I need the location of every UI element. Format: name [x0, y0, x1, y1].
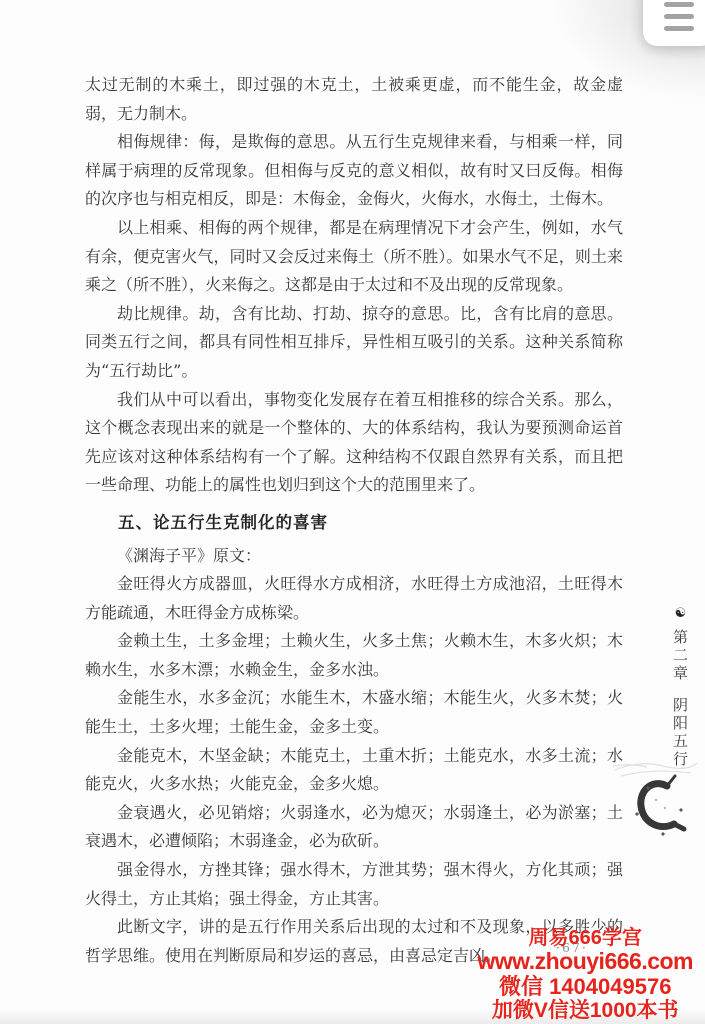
watermark-promo: 加微V信送1000本书 [477, 999, 693, 1023]
watermark-wechat: 微信 1404049576 [477, 975, 693, 1000]
paragraph: 劫比规律。劫，含有比劫、打劫、掠夺的意思。比，含有比肩的意思。同类五行之间，都具… [85, 300, 623, 386]
paragraph: 金旺得火方成器皿，火旺得水方成相济，水旺得土方成池沼，土旺得木方能疏通，木旺得金… [85, 570, 623, 627]
menu-button[interactable] [643, 0, 705, 46]
paragraph: 金衰遇火，必见销熔；火弱逢水，必为熄灭；水弱逢土，必为淤塞；土衰遇木，必遭倾陷；… [85, 799, 623, 856]
paragraph: 金能生水，水多金沉；水能生木，木盛水缩；木能生火，火多木焚；火能生土，土多火埋；… [85, 684, 623, 741]
section-heading: 五、论五行生克制化的喜害 [85, 509, 623, 538]
taiji-yinyang-icon: ☯ [673, 606, 688, 621]
paragraph: 强金得水，方挫其锋；强水得木，方泄其势；强木得火，方化其顽；强火得土，方止其焰；… [85, 856, 623, 913]
chapter-title: 阴阳五行 [671, 697, 689, 769]
paragraph: 相侮规律：侮，是欺侮的意思。从五行生克规律来看，与相乘一样，同样属于病理的反常现… [85, 128, 623, 214]
watermark-site-name: 周易666学宫 [477, 927, 693, 949]
paragraph: 太过无制的木乘土，即过强的木克土，土被乘更虚，而不能生金，故金虚弱，无力制木。 [85, 71, 623, 128]
paragraph: 以上相乘、相侮的两个规律，都是在病理情况下才会产生，例如，水气有余，便克害火气，… [85, 214, 623, 300]
paragraph: 金能克木，木坚金缺；木能克土，土重木折；土能克水，水多土流；水能克火，火多水热；… [85, 742, 623, 799]
hamburger-menu-icon [664, 14, 694, 19]
hamburger-menu-icon [664, 26, 694, 31]
watermark-url: www.zhouyi666.com [477, 949, 693, 975]
chapter-sidebar: ☯第二章阴阳五行 [672, 606, 689, 769]
page-text-column: 太过无制的木乘土，即过强的木克土，土被乘更虚，而不能生金，故金虚弱，无力制木。 … [85, 71, 623, 970]
paragraph: 我们从中可以看出，事物变化发展存在着互相推移的综合关系。那么，这个概念表现出来的… [85, 386, 623, 500]
paragraph: 《渊海子平》原文： [85, 542, 623, 571]
scanned-book-page: 太过无制的木乘土，即过强的木克土，土被乘更虚，而不能生金，故金虚弱，无力制木。 … [0, 0, 705, 1024]
chapter-number: 第二章 [671, 629, 689, 683]
paragraph: 金赖土生，土多金埋；土赖火生，火多土焦；火赖木生，木多火炽；木赖水生，水多木漂；… [85, 627, 623, 684]
watermark: 周易666学宫 www.zhouyi666.com 微信 1404049576 … [477, 927, 693, 1023]
hamburger-menu-icon [664, 2, 694, 7]
